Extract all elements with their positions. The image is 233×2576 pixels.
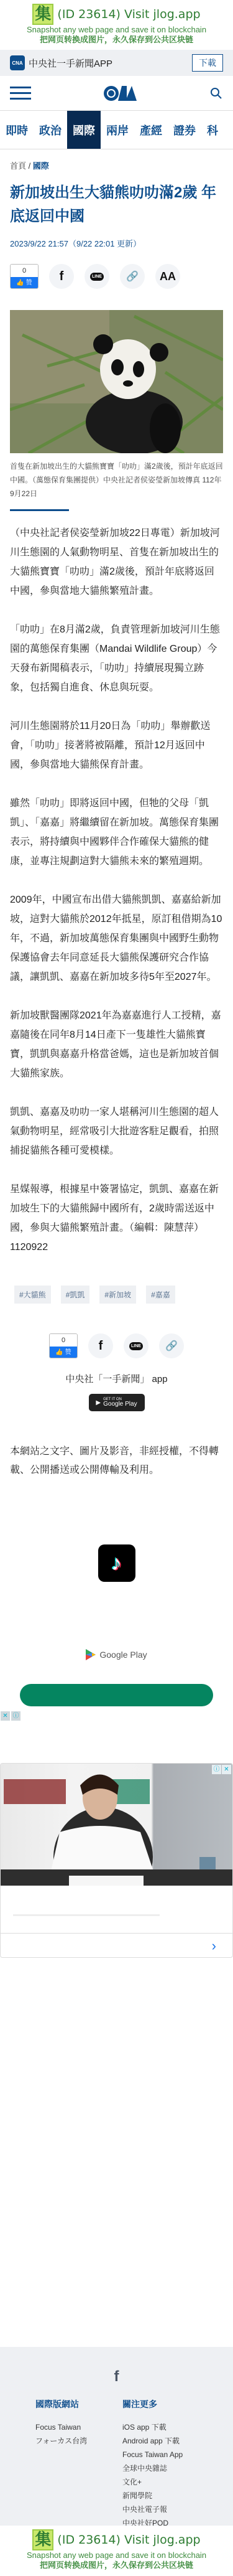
paragraph: 2009年，中國宣布出借大貓熊凱凱、嘉嘉給新加坡，這對大貓熊於2012年抵星，原… [10, 890, 223, 987]
breadcrumb-home[interactable]: 首頁 [10, 161, 26, 171]
ad-close-icon[interactable]: ✕ [1, 1711, 10, 1721]
footer-link[interactable]: 全球中央雜誌 [122, 2461, 209, 2475]
play-icon: ▶ [96, 1399, 101, 1406]
footer-link[interactable]: Focus Taiwan App [122, 2448, 209, 2461]
share-bar-bottom: 0 👍 赞 f LINE 🔗 [0, 1304, 233, 1358]
cna-logo[interactable] [103, 85, 138, 102]
footer-link[interactable]: 新聞學院 [122, 2489, 209, 2503]
jlog-bottom-banner[interactable]: 集(ID 23614) Visit jlog.app Snapshot any … [0, 2526, 233, 2576]
paragraph: 「叻叻」在8月滿2歲，負責管理新加坡河川生態園的萬態保育集團（Mandai Wi… [10, 620, 223, 697]
line-share-icon[interactable]: LINE [85, 264, 109, 289]
nav-tab-politics[interactable]: 政治 [34, 111, 67, 149]
ad-google-play-logo[interactable]: Google Play [0, 1649, 233, 1660]
footer-link[interactable]: Focus Taiwan [35, 2420, 122, 2434]
share-bar-top: 0 👍 赞 f LINE 🔗 AA [0, 249, 233, 289]
ad-image[interactable]: ⓘ ✕ [1, 1764, 232, 1886]
line-glyph: LINE [129, 1342, 143, 1350]
footer-col-more: 關注更多 iOS app 下載 Android app 下載 Focus Tai… [122, 2398, 209, 2530]
tag-singapore[interactable]: #新加坡 [99, 1286, 136, 1304]
facebook-share-icon[interactable]: f [49, 264, 74, 289]
fb-like-button-bottom[interactable]: 0 👍 赞 [49, 1333, 78, 1358]
tiktok-app-icon[interactable]: ♪ [98, 1544, 135, 1582]
ad-close-icon[interactable]: ✕ [222, 1765, 231, 1774]
copy-link-icon[interactable]: 🔗 [120, 264, 145, 289]
like-label: 👍 赞 [11, 277, 38, 289]
paragraph: 凱凱、嘉嘉及叻叻一家人堪稱河川生態園的超人氣動物明星，經常吸引大批遊客駐足觀看，… [10, 1102, 223, 1160]
paragraph: （中央社記者侯姿瑩新加坡22日專電）新加坡河川生態園的人氣動物明星、首隻在新加坡… [10, 524, 223, 601]
site-footer: f 國際版網站 Focus Taiwan フォーカス台湾 關注更多 iOS ap… [0, 2347, 233, 2526]
ad-card-controls: ⓘ ✕ [212, 1765, 231, 1774]
photo-caption: 首隻在新加坡出生的大貓熊寶寶「叻叻」滿2歲後，預計年底返回中國。（萬態保育集團提… [0, 453, 233, 501]
link-glyph: 🔗 [165, 1340, 178, 1352]
google-play-text: Google Play [99, 1650, 147, 1660]
tag-jiajia[interactable]: #嘉嘉 [146, 1286, 175, 1304]
article-date: 2023/9/22 21:57（9/22 22:01 更新） [0, 228, 233, 249]
footer-link[interactable]: 文化+ [122, 2475, 209, 2489]
like-count: 0 [11, 265, 38, 277]
hamburger-icon[interactable] [10, 83, 31, 103]
breadcrumb-current[interactable]: 國際 [33, 161, 49, 171]
footer-link[interactable]: フォーカス台湾 [35, 2434, 122, 2448]
like-label: 👍 赞 [50, 1347, 77, 1358]
app-name: 中央社一手新聞APP [29, 57, 192, 70]
article-body: （中央社記者侯姿瑩新加坡22日專電）新加坡河川生態園的人氣動物明星、首隻在新加坡… [0, 511, 233, 1257]
ad-card[interactable]: ⓘ ✕ › [0, 1763, 233, 1958]
paragraph: 新加坡獸醫團隊2021年為嘉嘉進行人工授精，嘉嘉隨後在同年8月14日產下一隻雄性… [10, 1006, 223, 1083]
footer-link[interactable]: 中央社電子報 [122, 2503, 209, 2516]
nav-tab-international[interactable]: 國際 [67, 111, 101, 149]
category-nav: 即時 政治 國際 兩岸 產經 證券 科 [0, 111, 233, 149]
ad-info-icon[interactable]: ⓘ [11, 1711, 21, 1721]
site-header [0, 76, 233, 111]
copyright-notice: 本網站之文字、圖片及影音，非經授權，不得轉載、公開播送或公開傳輸及利用。 [0, 1411, 233, 1480]
line-glyph: LINE [90, 273, 104, 281]
jlog-top-banner[interactable]: 集(ID 23614) Visit jlog.app Snapshot any … [0, 0, 233, 50]
app-download-bar: CNA 中央社一手新聞APP 下載 [0, 50, 233, 76]
google-play-badge[interactable]: ▶ GET IT ONGoogle Play [89, 1394, 145, 1411]
jlog-id-text: (ID 23614) Visit jlog.app [57, 7, 200, 21]
footer-col-international: 國際版網站 Focus Taiwan フォーカス台湾 [35, 2398, 122, 2530]
download-button[interactable]: 下載 [192, 54, 223, 72]
ad-text-placeholder [13, 1914, 160, 1916]
article-photo-panda[interactable] [10, 310, 223, 453]
like-count: 0 [50, 1334, 77, 1347]
nav-tab-cross-strait[interactable]: 兩岸 [101, 111, 134, 149]
ad-info-icon[interactable]: ⓘ [212, 1765, 221, 1774]
paragraph: 雖然「叻叻」即將返回中國，但牠的父母「凱凱」、「嘉嘉」將繼續留在新加坡。萬態保育… [10, 794, 223, 871]
breadcrumb-sep: / [29, 161, 31, 171]
font-glyph: AA [160, 270, 176, 283]
jlog-icon: 集 [32, 2529, 53, 2550]
tag-panda[interactable]: #大貓熊 [14, 1286, 51, 1304]
facebook-share-icon[interactable]: f [88, 1333, 113, 1358]
paragraph: 河川生態園將於11月20日為「叻叻」舉辦歡送會，「叻叻」接著將被隔離，預計12月… [10, 717, 223, 774]
fb-like-button[interactable]: 0 👍 赞 [10, 264, 39, 289]
article-title: 新加坡出生大貓熊叻叻滿2歲 年底返回中國 [0, 171, 233, 228]
ad-controls: ✕ ⓘ [0, 1711, 233, 1721]
nav-tab-securities[interactable]: 證券 [168, 111, 201, 149]
breadcrumb: 首頁 / 國際 [0, 149, 233, 171]
footer-col-title: 關注更多 [122, 2398, 209, 2410]
footer-link[interactable]: Android app 下載 [122, 2434, 209, 2448]
facebook-icon[interactable]: f [0, 2347, 233, 2386]
tag-list: #大貓熊 #凱凱 #新加坡 #嘉嘉 [0, 1257, 233, 1304]
chevron-right-icon[interactable]: › [212, 1938, 216, 1954]
jlog-subtitle-cn: 把网页转换成图片，永久保存到公共区块链 [0, 2560, 233, 2570]
nav-tab-economy[interactable]: 產經 [134, 111, 168, 149]
jlog-id-text: (ID 23614) Visit jlog.app [57, 2533, 200, 2547]
nav-tab-realtime[interactable]: 即時 [0, 111, 34, 149]
jlog-subtitle: Snapshot any web page and save it on blo… [0, 2550, 233, 2560]
paragraph: 星媒報導，根據星中簽署協定，凱凱、嘉嘉在新加坡生下的大貓熊歸中國所有，2歲時需送… [10, 1180, 223, 1257]
badge-big-text: Google Play [103, 1401, 137, 1408]
app-promo-text: 中央社「一手新聞」 app [0, 1358, 233, 1385]
line-share-icon[interactable]: LINE [124, 1333, 148, 1358]
footer-col-title: 國際版網站 [35, 2398, 122, 2410]
jlog-subtitle: Snapshot any web page and save it on blo… [0, 25, 233, 35]
ad-divider [1, 1933, 232, 1934]
tag-kaikai[interactable]: #凱凱 [61, 1286, 90, 1304]
search-icon[interactable] [209, 87, 223, 100]
cna-app-icon: CNA [10, 55, 25, 70]
ad-install-button[interactable] [20, 1684, 213, 1706]
copy-link-icon[interactable]: 🔗 [159, 1333, 184, 1358]
jlog-subtitle-cn: 把网页转换成图片，永久保存到公共区块链 [0, 35, 233, 45]
jlog-icon: 集 [32, 4, 53, 25]
link-glyph: 🔗 [126, 270, 139, 283]
footer-link[interactable]: iOS app 下載 [122, 2420, 209, 2434]
font-size-icon[interactable]: AA [155, 264, 180, 289]
nav-tab-tech[interactable]: 科 [201, 111, 224, 149]
